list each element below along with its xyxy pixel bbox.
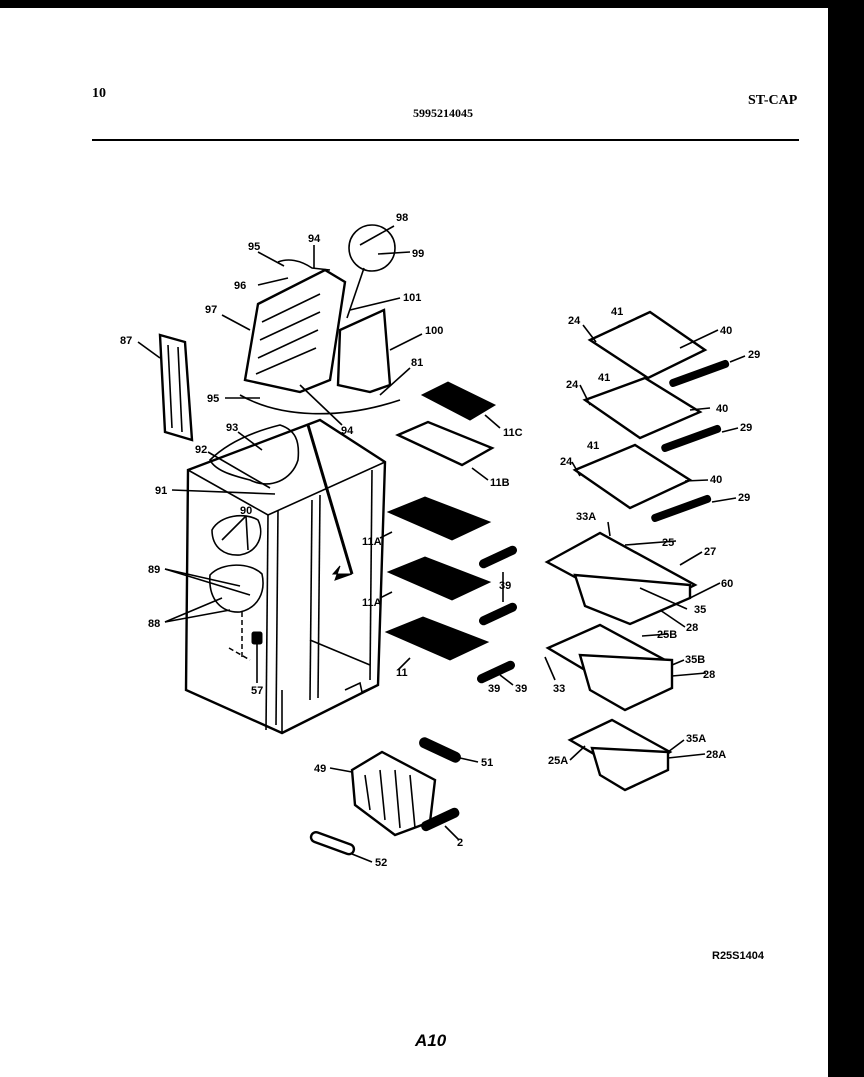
callout-40c: 40 — [710, 474, 722, 486]
callout-33: 33 — [553, 683, 565, 695]
callout-51: 51 — [481, 757, 493, 769]
callout-27: 27 — [704, 546, 716, 558]
callout-35: 35 — [694, 604, 706, 616]
callout-95b: 95 — [207, 393, 219, 405]
crisper-drawers — [547, 533, 695, 790]
callout-29b: 29 — [740, 422, 752, 434]
callout-96: 96 — [234, 280, 246, 292]
callout-39c: 39 — [488, 683, 500, 695]
callout-99: 99 — [412, 248, 424, 260]
footer-page-label: A10 — [415, 1031, 446, 1051]
callout-35b: 35B — [685, 654, 705, 666]
callout-28b: 28 — [703, 669, 715, 681]
callout-11a-1: 11A — [362, 536, 382, 548]
callout-100: 100 — [425, 325, 443, 337]
callout-29a: 29 — [748, 349, 760, 361]
callout-11c: 11C — [503, 427, 523, 439]
basket-and-trims — [310, 736, 462, 855]
callout-41a: 41 — [611, 306, 623, 318]
callout-39b: 39 — [515, 683, 527, 695]
callout-25: 25 — [662, 537, 674, 549]
callout-11b: 11B — [490, 477, 510, 489]
callout-40b: 40 — [716, 403, 728, 415]
callout-11a-2: 11A — [362, 597, 382, 609]
callout-24a: 24 — [568, 315, 581, 327]
callout-24c: 24 — [560, 456, 573, 468]
callout-29c: 29 — [738, 492, 750, 504]
drawing-code: R25S1404 — [712, 950, 764, 962]
callout-81: 81 — [411, 357, 423, 369]
callout-97: 97 — [205, 304, 217, 316]
callout-11: 11 — [396, 667, 408, 679]
callout-2: 2 — [457, 837, 463, 849]
callout-25a: 25A — [548, 755, 568, 767]
callout-92: 92 — [195, 444, 207, 456]
evaporator-cover-assembly — [240, 225, 400, 414]
callout-40a: 40 — [720, 325, 732, 337]
cabinet-shell — [186, 420, 385, 733]
callout-95: 95 — [248, 241, 260, 253]
grille-87 — [160, 335, 192, 440]
callout-52: 52 — [375, 857, 387, 869]
callout-93: 93 — [226, 422, 238, 434]
callout-94: 94 — [308, 233, 321, 245]
callout-49: 49 — [314, 763, 326, 775]
callout-35a: 35A — [686, 733, 706, 745]
callout-28: 28 — [686, 622, 698, 634]
callout-88: 88 — [148, 618, 160, 630]
callout-28a: 28A — [706, 749, 726, 761]
callout-33a: 33A — [576, 511, 596, 523]
callout-98: 98 — [396, 212, 408, 224]
callout-87: 87 — [120, 335, 132, 347]
exploded-parts-diagram: 98 95 94 99 96 101 97 100 87 81 95 94 11… — [0, 0, 864, 1077]
callout-91: 91 — [155, 485, 167, 497]
callout-89: 89 — [148, 564, 160, 576]
callout-57: 57 — [251, 685, 263, 697]
callout-24b: 24 — [566, 379, 579, 391]
callout-41c: 41 — [587, 440, 599, 452]
callout-90: 90 — [240, 505, 252, 517]
callout-41b: 41 — [598, 372, 610, 384]
callout-94b: 94 — [341, 425, 354, 437]
callout-60: 60 — [721, 578, 733, 590]
callout-39a: 39 — [499, 580, 511, 592]
fresh-food-shelves — [575, 312, 729, 522]
callout-25b: 25B — [657, 629, 677, 641]
callout-101: 101 — [403, 292, 421, 304]
